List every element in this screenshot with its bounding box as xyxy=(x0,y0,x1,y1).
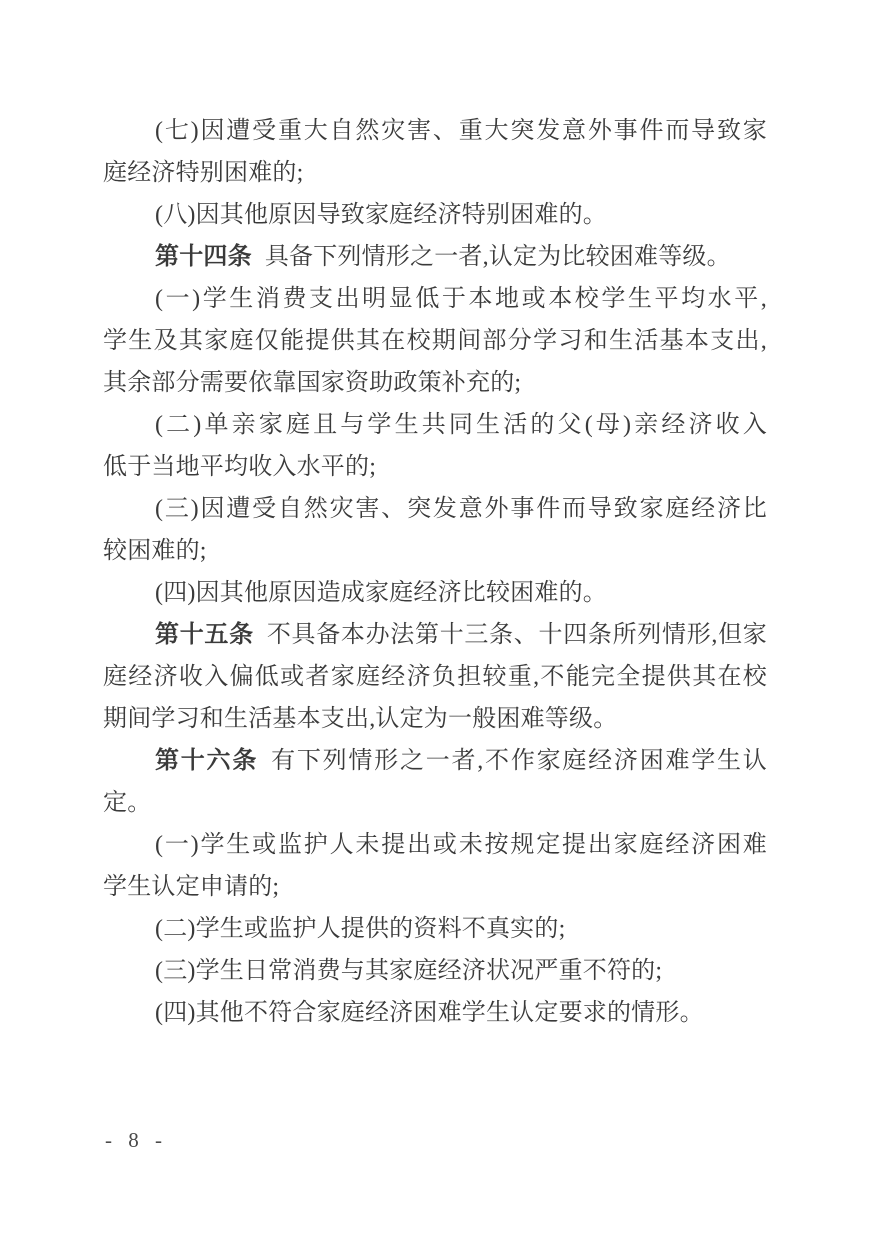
text-block: (七)因遭受重大自然灾害、重大突发意外事件而导致家庭经济特别困难的;(八)因其他… xyxy=(103,110,767,1034)
line-text: 不具备本办法第十三条、十四条所列情形,但家 xyxy=(267,622,767,648)
page-number: - 8 - xyxy=(105,1126,164,1154)
line-text: (三)学生日常消费与其家庭经济状况严重不符的; xyxy=(155,958,662,984)
document-page: (七)因遭受重大自然灾害、重大突发意外事件而导致家庭经济特别困难的;(八)因其他… xyxy=(0,0,877,1253)
document-line: 定。 xyxy=(103,782,767,824)
line-text: (四)因其他原因造成家庭经济比较困难的。 xyxy=(155,580,607,606)
document-line: 较困难的; xyxy=(103,530,767,572)
line-text: (一)学生或监护人未提出或未按规定提出家庭经济困难 xyxy=(155,832,767,858)
document-line: (四)其他不符合家庭经济困难学生认定要求的情形。 xyxy=(103,992,767,1034)
line-text: (三)因遭受自然灾害、突发意外事件而导致家庭经济比 xyxy=(155,496,767,522)
document-line: 期间学习和生活基本支出,认定为一般困难等级。 xyxy=(103,698,767,740)
document-line: (七)因遭受重大自然灾害、重大突发意外事件而导致家 xyxy=(103,110,767,152)
line-text: 庭经济收入偏低或者家庭经济负担较重,不能完全提供其在校 xyxy=(103,664,767,690)
document-line: 庭经济特别困难的; xyxy=(103,152,767,194)
document-line: 第十六条有下列情形之一者,不作家庭经济困难学生认 xyxy=(103,740,767,782)
document-line: (三)因遭受自然灾害、突发意外事件而导致家庭经济比 xyxy=(103,488,767,530)
line-text: 低于当地平均收入水平的; xyxy=(103,454,376,480)
document-line: 低于当地平均收入水平的; xyxy=(103,446,767,488)
line-text: (七)因遭受重大自然灾害、重大突发意外事件而导致家 xyxy=(155,118,767,144)
article-number: 第十五条 xyxy=(155,622,254,648)
document-line: (一)学生消费支出明显低于本地或本校学生平均水平, xyxy=(103,278,767,320)
line-text: 具备下列情形之一者,认定为比较困难等级。 xyxy=(265,244,731,270)
line-text: (一)学生消费支出明显低于本地或本校学生平均水平, xyxy=(155,286,767,312)
document-line: (三)学生日常消费与其家庭经济状况严重不符的; xyxy=(103,950,767,992)
document-line: (二)单亲家庭且与学生共同生活的父(母)亲经济收入 xyxy=(103,404,767,446)
line-text: (二)单亲家庭且与学生共同生活的父(母)亲经济收入 xyxy=(155,412,767,438)
line-text: (四)其他不符合家庭经济困难学生认定要求的情形。 xyxy=(155,1000,704,1026)
document-line: 庭经济收入偏低或者家庭经济负担较重,不能完全提供其在校 xyxy=(103,656,767,698)
line-text: 有下列情形之一者,不作家庭经济困难学生认 xyxy=(271,748,767,774)
document-line: (二)学生或监护人提供的资料不真实的; xyxy=(103,908,767,950)
line-text: (八)因其他原因导致家庭经济特别困难的。 xyxy=(155,202,607,228)
document-line: 第十四条具备下列情形之一者,认定为比较困难等级。 xyxy=(103,236,767,278)
document-line: (八)因其他原因导致家庭经济特别困难的。 xyxy=(103,194,767,236)
article-number: 第十六条 xyxy=(155,748,258,774)
document-line: 其余部分需要依靠国家资助政策补充的; xyxy=(103,362,767,404)
line-text: 其余部分需要依靠国家资助政策补充的; xyxy=(103,370,521,396)
line-text: 较困难的; xyxy=(103,538,207,564)
document-line: (四)因其他原因造成家庭经济比较困难的。 xyxy=(103,572,767,614)
line-text: 学生认定申请的; xyxy=(103,874,279,900)
line-text: 定。 xyxy=(103,790,151,816)
line-text: 庭经济特别困难的; xyxy=(103,160,303,186)
line-text: 学生及其家庭仅能提供其在校期间部分学习和生活基本支出, xyxy=(103,328,767,354)
article-number: 第十四条 xyxy=(155,244,252,270)
line-text: (二)学生或监护人提供的资料不真实的; xyxy=(155,916,565,942)
document-line: (一)学生或监护人未提出或未按规定提出家庭经济困难 xyxy=(103,824,767,866)
document-line: 第十五条不具备本办法第十三条、十四条所列情形,但家 xyxy=(103,614,767,656)
line-text: 期间学习和生活基本支出,认定为一般困难等级。 xyxy=(103,706,617,732)
document-line: 学生认定申请的; xyxy=(103,866,767,908)
document-line: 学生及其家庭仅能提供其在校期间部分学习和生活基本支出, xyxy=(103,320,767,362)
